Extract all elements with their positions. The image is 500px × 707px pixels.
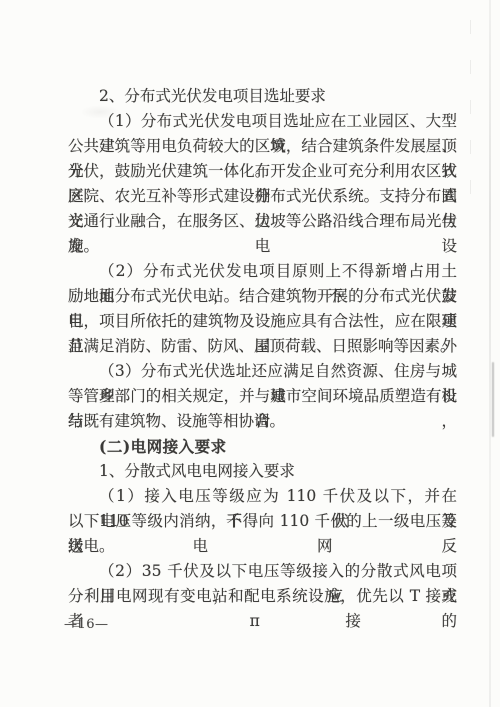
page-number: —16— xyxy=(64,617,109,632)
text-line: 且满足消防、防雷、防风、屋顶荷载、日照影响等因素。 xyxy=(68,334,457,359)
section-heading: (二)电网接入要求 xyxy=(68,434,457,459)
text-line: 励地面分布式光伏电站。结合建筑物开展的分布式光伏发电项 xyxy=(68,284,457,309)
text-line: （1）接入电压等级应为 110 千伏及以下，并在 110 千伏及 xyxy=(68,484,457,509)
text-line: 分利用电网现有变电站和配电系统设施，优先以 T 接或者 π 接的 xyxy=(68,584,457,609)
text-line: 庭院、农光互补等形式建设分布式光伏系统。支持分布式光伏与 xyxy=(68,184,457,209)
text-line: （2）35 千伏及以下电压等级接入的分散式风电项目，应充 xyxy=(68,559,457,584)
scan-streak-artifact xyxy=(489,0,491,707)
text-line: （1）分布式光伏发电项目选址应在工业园区、大型建筑、 xyxy=(68,109,457,134)
document-page: 2、分布式光伏发电项目选址要求 （1）分布式光伏发电项目选址应在工业园区、大型建… xyxy=(0,0,500,707)
document-text-block: 2、分布式光伏发电项目选址要求 （1）分布式光伏发电项目选址应在工业园区、大型建… xyxy=(68,84,457,609)
list-heading: 1、分散式风电电网接入要求 xyxy=(68,459,457,484)
list-heading: 2、分布式光伏发电项目选址要求 xyxy=(68,84,457,109)
scan-streak-artifact xyxy=(492,362,494,437)
text-line: 交通行业融合，在服务区、边坡等公路沿线合理布局光伏发电设 xyxy=(68,209,457,234)
text-line: 目，项目所依托的建筑物及设施应具有合法性，应在限建范围外 xyxy=(68,309,457,334)
text-line: 以下电压等级内消纳，不得向 110 千伏的上一级电压等级电网反 xyxy=(68,509,457,534)
text-line: （2）分布式光伏发电项目原则上不得新增占用土地，不鼓 xyxy=(68,259,457,284)
scan-streak-artifact xyxy=(470,20,471,220)
text-line: （3）分布式光伏选址还应满足自然资源、住房与城乡建设 xyxy=(68,359,457,384)
text-line: 光伏，鼓励光伏建筑一体化。开发企业可充分利用农区牧区棚圈 xyxy=(68,159,457,184)
text-line: 公共建筑等用电负荷较大的区域，结合建筑条件发展屋顶分布式 xyxy=(68,134,457,159)
text-line: 等管理部门的相关规定，并与城市空间环境品质塑造有机结合， xyxy=(68,384,457,409)
